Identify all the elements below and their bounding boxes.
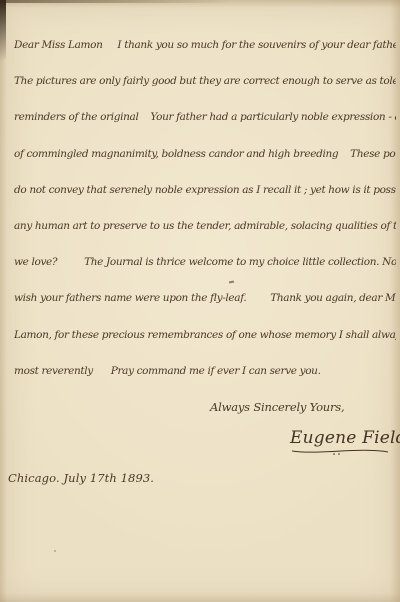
signature: Eugene Field. bbox=[290, 428, 400, 448]
scan-top-edge-shadow bbox=[0, 0, 230, 3]
letter-line: any human art to preserve to us the tend… bbox=[14, 208, 396, 244]
letter-line: most reverently Pray command me if ever … bbox=[14, 353, 396, 389]
scan-corner-shadow bbox=[0, 0, 6, 62]
closing-line: Always Sincerely Yours, bbox=[210, 400, 344, 414]
letter-line: wish your fathers name were upon the fly… bbox=[14, 280, 396, 316]
letter-line: Dear Miss Lamon I thank you so much for … bbox=[14, 27, 396, 63]
letter-body: Dear Miss Lamon I thank you so much for … bbox=[14, 27, 396, 389]
letter-line: Lamon, for these precious remembrances o… bbox=[14, 317, 396, 353]
paper-speck bbox=[54, 550, 56, 552]
dateline: Chicago. July 17th 1893. bbox=[8, 471, 154, 485]
letter-line: we love? The Journal is thrice welcome t… bbox=[14, 244, 396, 280]
letter-page: Dear Miss Lamon I thank you so much for … bbox=[0, 0, 400, 602]
letter-line: reminders of the original Your father ha… bbox=[14, 99, 396, 135]
letter-line: do not convey that serenely noble expres… bbox=[14, 172, 396, 208]
letter-line: of commingled magnanimity, boldness cand… bbox=[14, 136, 396, 172]
signature-block: Eugene Field. bbox=[290, 428, 400, 456]
letter-line: The pictures are only fairly good but th… bbox=[14, 63, 396, 99]
